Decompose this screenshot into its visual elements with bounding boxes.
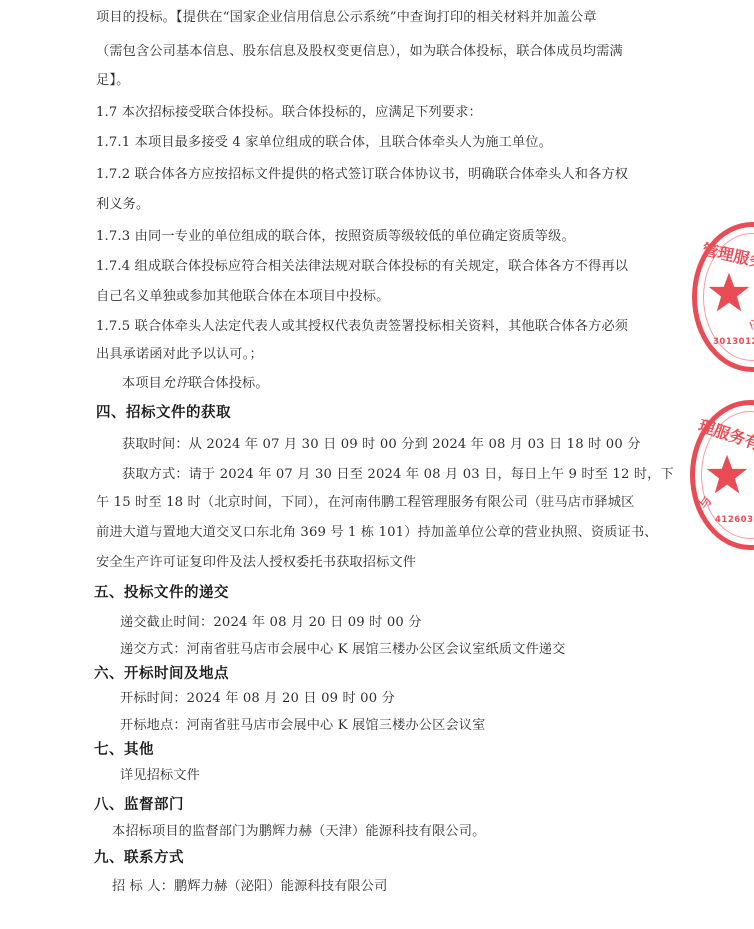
opening-location: 开标地点：河南省驻马店市会展中心 K 展馆三楼办公区会议室: [120, 717, 485, 735]
seal-2-number: 4126030: [715, 515, 754, 525]
clause-1-7-4-cont: 自己名义单独或参加其他联合体在本项目中投标。: [96, 288, 389, 306]
clause-1-7-5: 1.7.5 联合体牵头人法定代表人或其授权代表负责签署投标相关资料，其他联合体各…: [96, 318, 628, 336]
official-seal-1: 管理服务 公 30130120: [692, 222, 754, 372]
joint-bid-emphasis: 允许: [162, 376, 189, 391]
clause-1-7-3: 1.7.3 由同一专业的单位组成的联合体，按照资质等级较低的单位确定资质等级。: [96, 228, 575, 246]
body-line: 足】。: [96, 72, 129, 90]
supervision-note: 本招标项目的监督部门为鹏辉力赫（天津）能源科技有限公司。: [112, 823, 485, 841]
star-icon: [707, 271, 751, 315]
body-line: （需包含公司基本信息、股东信息及股权变更信息），如为联合体投标，联合体成员均需满: [96, 43, 623, 61]
opening-time: 开标时间：2024 年 08 月 20 日 09 时 00 分: [120, 690, 395, 708]
joint-bid-note: 本项目允许联合体投标。: [122, 375, 269, 393]
clause-1-7: 1.7 本次招标接受联合体投标。联合体投标的，应满足下列要求：: [96, 104, 482, 122]
clause-1-7-1: 1.7.1 本项目最多接受 4 家单位组成的联合体，且联合体牵头人为施工单位。: [96, 134, 552, 152]
acquisition-time: 获取时间：从 2024 年 07 月 30 日 09 时 00 分到 2024 …: [122, 436, 641, 454]
acquisition-method: 获取方式：请于 2024 年 07 月 30 日至 2024 年 08 月 03…: [122, 466, 674, 484]
star-icon: [705, 453, 749, 497]
seal-1-number: 30130120: [713, 337, 754, 347]
joint-bid-prefix: 本项目: [122, 376, 162, 391]
section-heading-submission: 五、投标文件的递交: [94, 583, 229, 603]
acquisition-method-cont: 前进大道与置地大道交叉口东北角 369 号 1 栋 101）持加盖单位公章的营业…: [96, 524, 658, 542]
acquisition-method-cont: 安全生产许可证复印件及法人授权委托书获取招标文件: [96, 554, 416, 572]
section-heading-opening: 六、开标时间及地点: [94, 664, 229, 684]
other-note: 详见招标文件: [120, 767, 200, 785]
tenderer: 招 标 人：鹏辉力赫（泌阳）能源科技有限公司: [112, 878, 387, 896]
official-seal-2: 理服务有 与 4126030: [690, 400, 754, 550]
acquisition-method-cont: 午 15 时至 18 时（北京时间，下同），在河南伟鹏工程管理服务有限公司（驻马…: [96, 494, 634, 512]
section-heading-supervision: 八、监督部门: [94, 795, 184, 815]
submission-deadline: 递交截止时间：2024 年 08 月 20 日 09 时 00 分: [120, 614, 422, 632]
document-page: 项目的投标。【提供在“国家企业信用信息公示系统”中查询打印的相关材料并加盖公章 …: [0, 0, 754, 929]
clause-1-7-5-cont: 出具承诺函对此予以认可。；: [96, 346, 263, 364]
body-line: 项目的投标。【提供在“国家企业信用信息公示系统”中查询打印的相关材料并加盖公章: [96, 9, 597, 27]
submission-method: 递交方式：河南省驻马店市会展中心 K 展馆三楼办公区会议室纸质文件递交: [120, 641, 565, 659]
section-heading-contact: 九、联系方式: [94, 848, 184, 868]
clause-1-7-2: 1.7.2 联合体各方应按招标文件提供的格式签订联合体协议书，明确联合体牵头人和…: [96, 166, 628, 184]
joint-bid-suffix: 联合体投标。: [189, 376, 269, 391]
section-heading-acquisition: 四、招标文件的获取: [96, 403, 231, 423]
section-heading-other: 七、其他: [94, 740, 154, 760]
clause-1-7-2-cont: 利义务。: [96, 196, 149, 214]
clause-1-7-4: 1.7.4 组成联合体投标应符合相关法律法规对联合体投标的有关规定，联合体各方不…: [96, 258, 628, 276]
